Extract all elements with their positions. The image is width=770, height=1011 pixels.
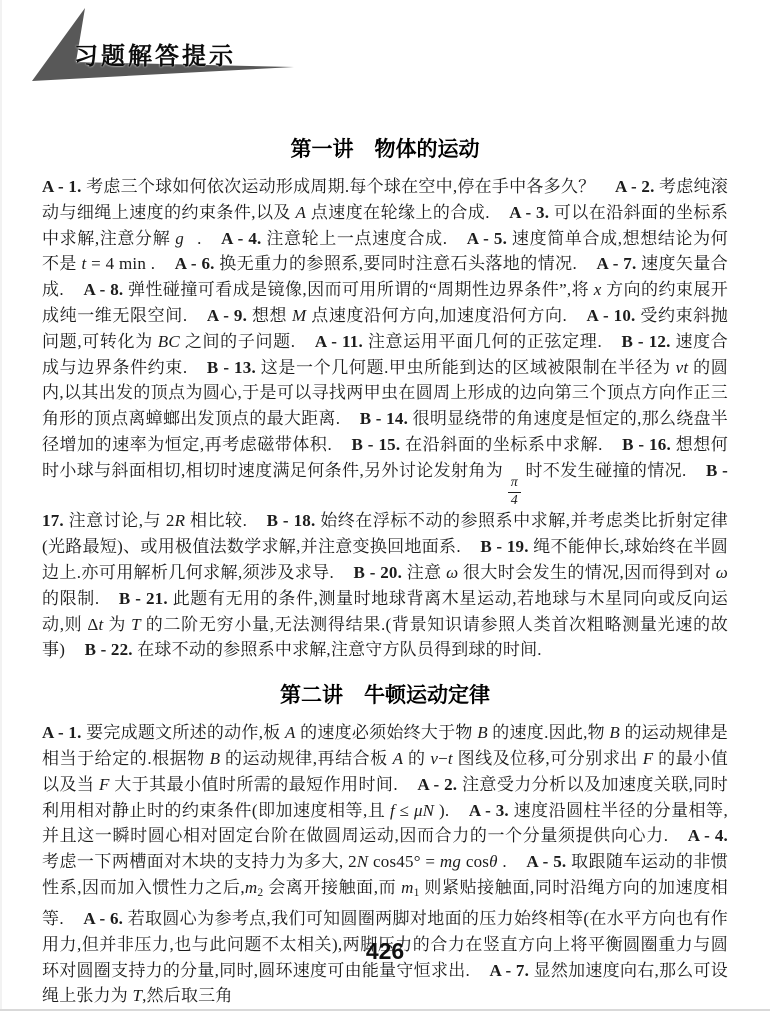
- chapter-banner: 习题解答提示: [30, 6, 330, 88]
- page-number: 426: [0, 938, 770, 965]
- section-title-2: 第二讲 牛顿运动定律: [0, 679, 770, 709]
- hints-paragraph-1: A - 1. 考虑三个球如何依次运动形成周期.每个球在空中,停在手中各多久？A …: [42, 174, 728, 663]
- book-page: 习题解答提示 第一讲 物体的运动 A - 1. 考虑三个球如何依次运动形成周期.…: [0, 0, 770, 1011]
- banner-title: 习题解答提示: [74, 36, 236, 71]
- hints-paragraph-2: A - 1. 要完成题文所述的动作,板 A 的速度必须始终大于物 B 的速度.因…: [42, 720, 728, 1009]
- section-title-1: 第一讲 物体的运动: [0, 133, 770, 163]
